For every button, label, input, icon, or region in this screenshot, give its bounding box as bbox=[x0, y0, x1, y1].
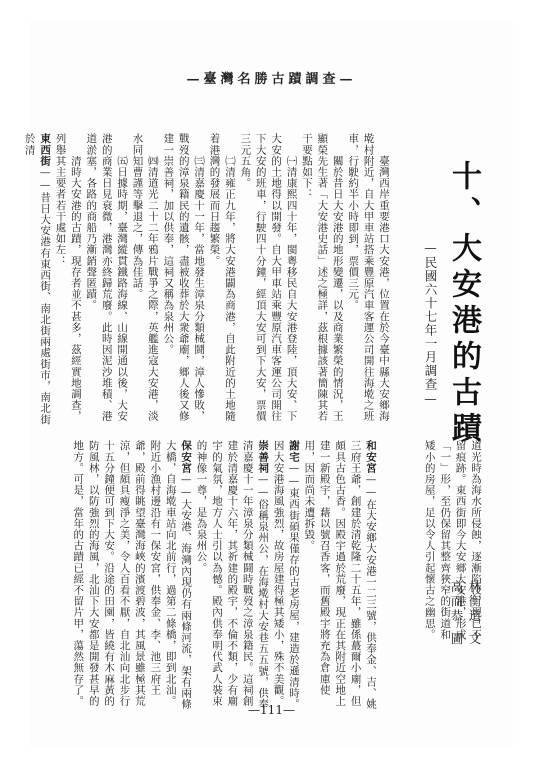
paragraph: 道光時為海水所侵蝕，逐漸陷沒，現已不留痕跡。東西街即今大安鄉大安港，形成「一」形… bbox=[421, 440, 483, 650]
entry-text: ——大安港、海灣內現仍有兩條河流，架有兩條大橋，自海墘車站向北前行，過第二條橋，… bbox=[72, 440, 192, 709]
entry-label: 保安宮 bbox=[180, 440, 192, 473]
entry-xie-residence: 謝宅——東西街碩果僅存的古老房屋，建造於遜清時。因大安港海風強烈，故房屋建得極其… bbox=[270, 440, 301, 710]
entry-label: 崇善祠 bbox=[257, 440, 269, 473]
paragraph: ㈠清康熙四十年，閩粵移民自大安港登陸，頂大安、下大安的土地得以開發。自大甲車站乘… bbox=[237, 133, 299, 428]
running-head: —臺灣名勝古蹟調查— bbox=[0, 68, 543, 87]
paragraph: ㈣清道光二十二年鴉片戰爭之際，英艦進寇大安港，淡水同知曹謹等擊退之，傳為佳話。 bbox=[129, 133, 160, 428]
entry-text: ——東西街碩果僅存的古老房屋，建造於遜清時。因大安港海風強烈，故房屋建得極其矮小… bbox=[273, 440, 300, 709]
paragraph: 關於昔日大安港的地形變遷，以及商業繁榮的情況，王顯榮先生著「大安港史話」述之極詳… bbox=[299, 133, 345, 428]
intro-text-block: 臺灣西岸重要港口大安港，位置在於今臺中縣大安鄉海墘村附近，自大甲車站搭乘豐原汽車… bbox=[46, 133, 391, 428]
article-subtitle: —民國六十七年一月調查— bbox=[421, 240, 439, 407]
entry-text: ——俗稱泉州公，在海墘村大安巷五五號，供奉清嘉慶十一年漳泉分類械鬪時戰歿之漳泉籍… bbox=[196, 440, 270, 709]
entry-label: 東西街 bbox=[39, 133, 51, 166]
entry-baoan-temple: 保安宮——大安港、海灣內現仍有兩條河流，架有兩條大橋，自海墘車站向北前行，過第二… bbox=[70, 440, 193, 710]
entry-hean-temple: 和安宮——在大安鄉大安港一二三號，供奉金、吉、姚三府王爺，創建於清乾隆二十五年，… bbox=[301, 440, 378, 710]
paragraph: 清時大安港的古蹟，現存者並不甚多，茲經實地調查，列舉其主要者若干處如左： bbox=[52, 133, 83, 428]
entry-label: 和安宮 bbox=[365, 440, 377, 473]
entry-label: 謝宅 bbox=[288, 440, 300, 462]
entry-chongshan-shrine: 崇善祠——俗稱泉州公，在海墘村大安巷五五號，供奉清嘉慶十一年漳泉分類械鬪時戰歿之… bbox=[193, 440, 270, 710]
continued-text-block: 道光時為海水所侵蝕，逐漸陷沒，現已不留痕跡。東西街即今大安鄉大安港，形成「一」形… bbox=[378, 440, 483, 650]
page-number: —111— bbox=[0, 703, 543, 717]
entry-text: ——昔日大安港有東西街、南北街兩處街市，南北街於清 bbox=[24, 133, 51, 425]
entry-dongxi-street: 東西街——昔日大安港有東西街、南北街兩處街市，南北街於清 bbox=[21, 133, 52, 428]
article-title: 十、大安港的古蹟 bbox=[441, 160, 485, 448]
paragraph: 臺灣西岸重要港口大安港，位置在於今臺中縣大安鄉海墘村附近，自大甲車站搭乘豐原汽車… bbox=[345, 133, 391, 428]
paragraph: ㈡清雍正九年，將大安港闢為商港，自此附近的土地隨着港灣的發展而日趨繁榮。 bbox=[206, 133, 237, 428]
sites-text-block: 和安宮——在大安鄉大安港一二三號，供奉金、吉、姚三府王爺，創建於清乾隆二十五年，… bbox=[48, 440, 378, 710]
entry-text: ——在大安鄉大安港一二三號，供奉金、吉、姚三府王爺，創建於清乾隆二十五年，雖係蕞… bbox=[303, 440, 377, 709]
paragraph: ㈤日據時期，臺灣縱貫鐵路海線、山線開通以後，大安港的商業日見衰微，港灣亦終歸荒廢… bbox=[83, 133, 129, 428]
paragraph: ㈢清嘉慶十一年，當地發生漳泉分類械鬪，漳人慘敗，戰歿的漳泉籍民的遺骸，盡被收葬於… bbox=[160, 133, 206, 428]
